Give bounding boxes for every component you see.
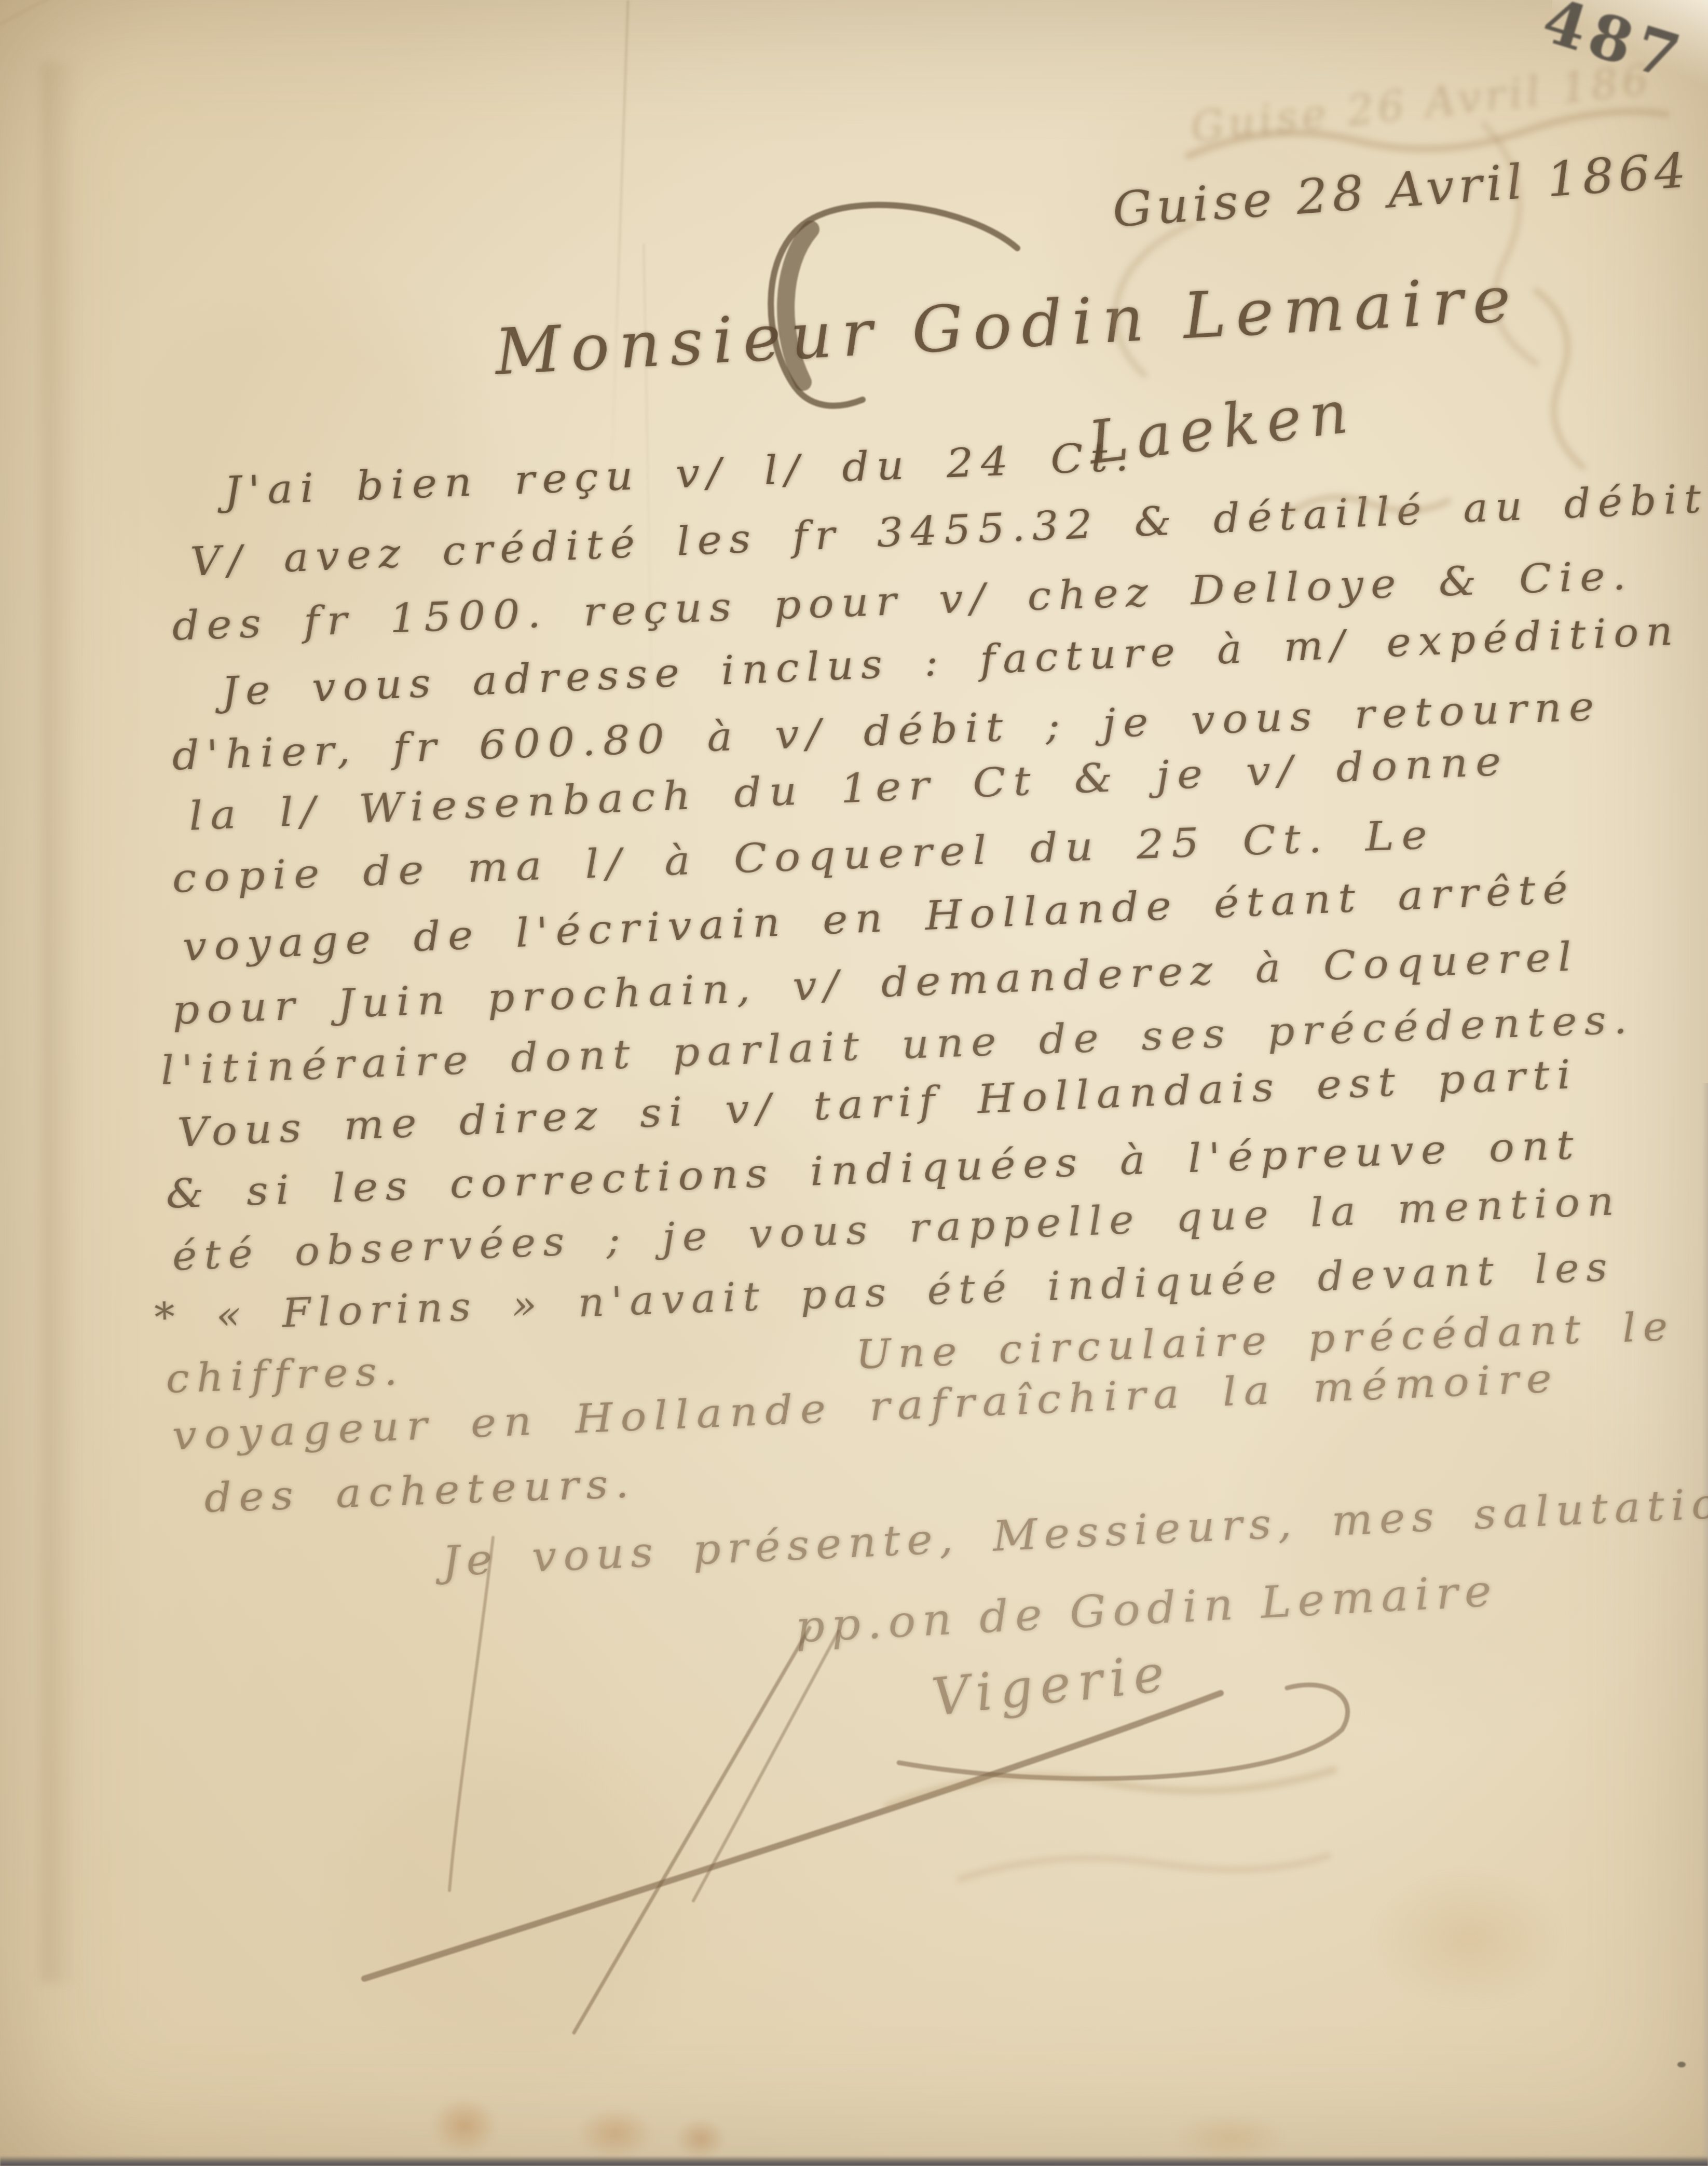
torn-bottom-edge <box>0 2156 1708 2166</box>
letter-line: J'ai bien reçu v/ l/ du 24 Ct. <box>223 433 1137 514</box>
stain-bottom-3 <box>675 2118 727 2159</box>
stain-bottom-1 <box>431 2097 498 2154</box>
signature: Vigerie <box>929 1642 1174 1728</box>
stain-large-tan <box>1370 1869 1567 2009</box>
paper-crease-left-margin <box>42 62 78 1983</box>
ghost-dateline: Guise 26 Avril 186 <box>1188 56 1655 152</box>
procuration-line: pp.on de Godin Lemaire <box>794 1565 1499 1653</box>
stain-bottom-2 <box>576 2107 654 2159</box>
letter-line: des acheteurs. <box>203 1460 637 1521</box>
dateline: Guise 28 Avril 1864 <box>1111 142 1692 238</box>
letter-sheet: 487 Guise 26 Avril 186 Guise 28 Avril 18… <box>0 0 1708 2166</box>
paper-crease-topleft-diagonal <box>0 0 156 30</box>
stain-bottom-4 <box>1173 2113 1287 2162</box>
paper-crease-vertical <box>610 0 629 478</box>
stain-fleck-right <box>1677 2062 1686 2067</box>
paper-right-edge <box>1702 1083 1708 2166</box>
recipient-name: Monsieur Godin Lemaire <box>493 262 1522 389</box>
